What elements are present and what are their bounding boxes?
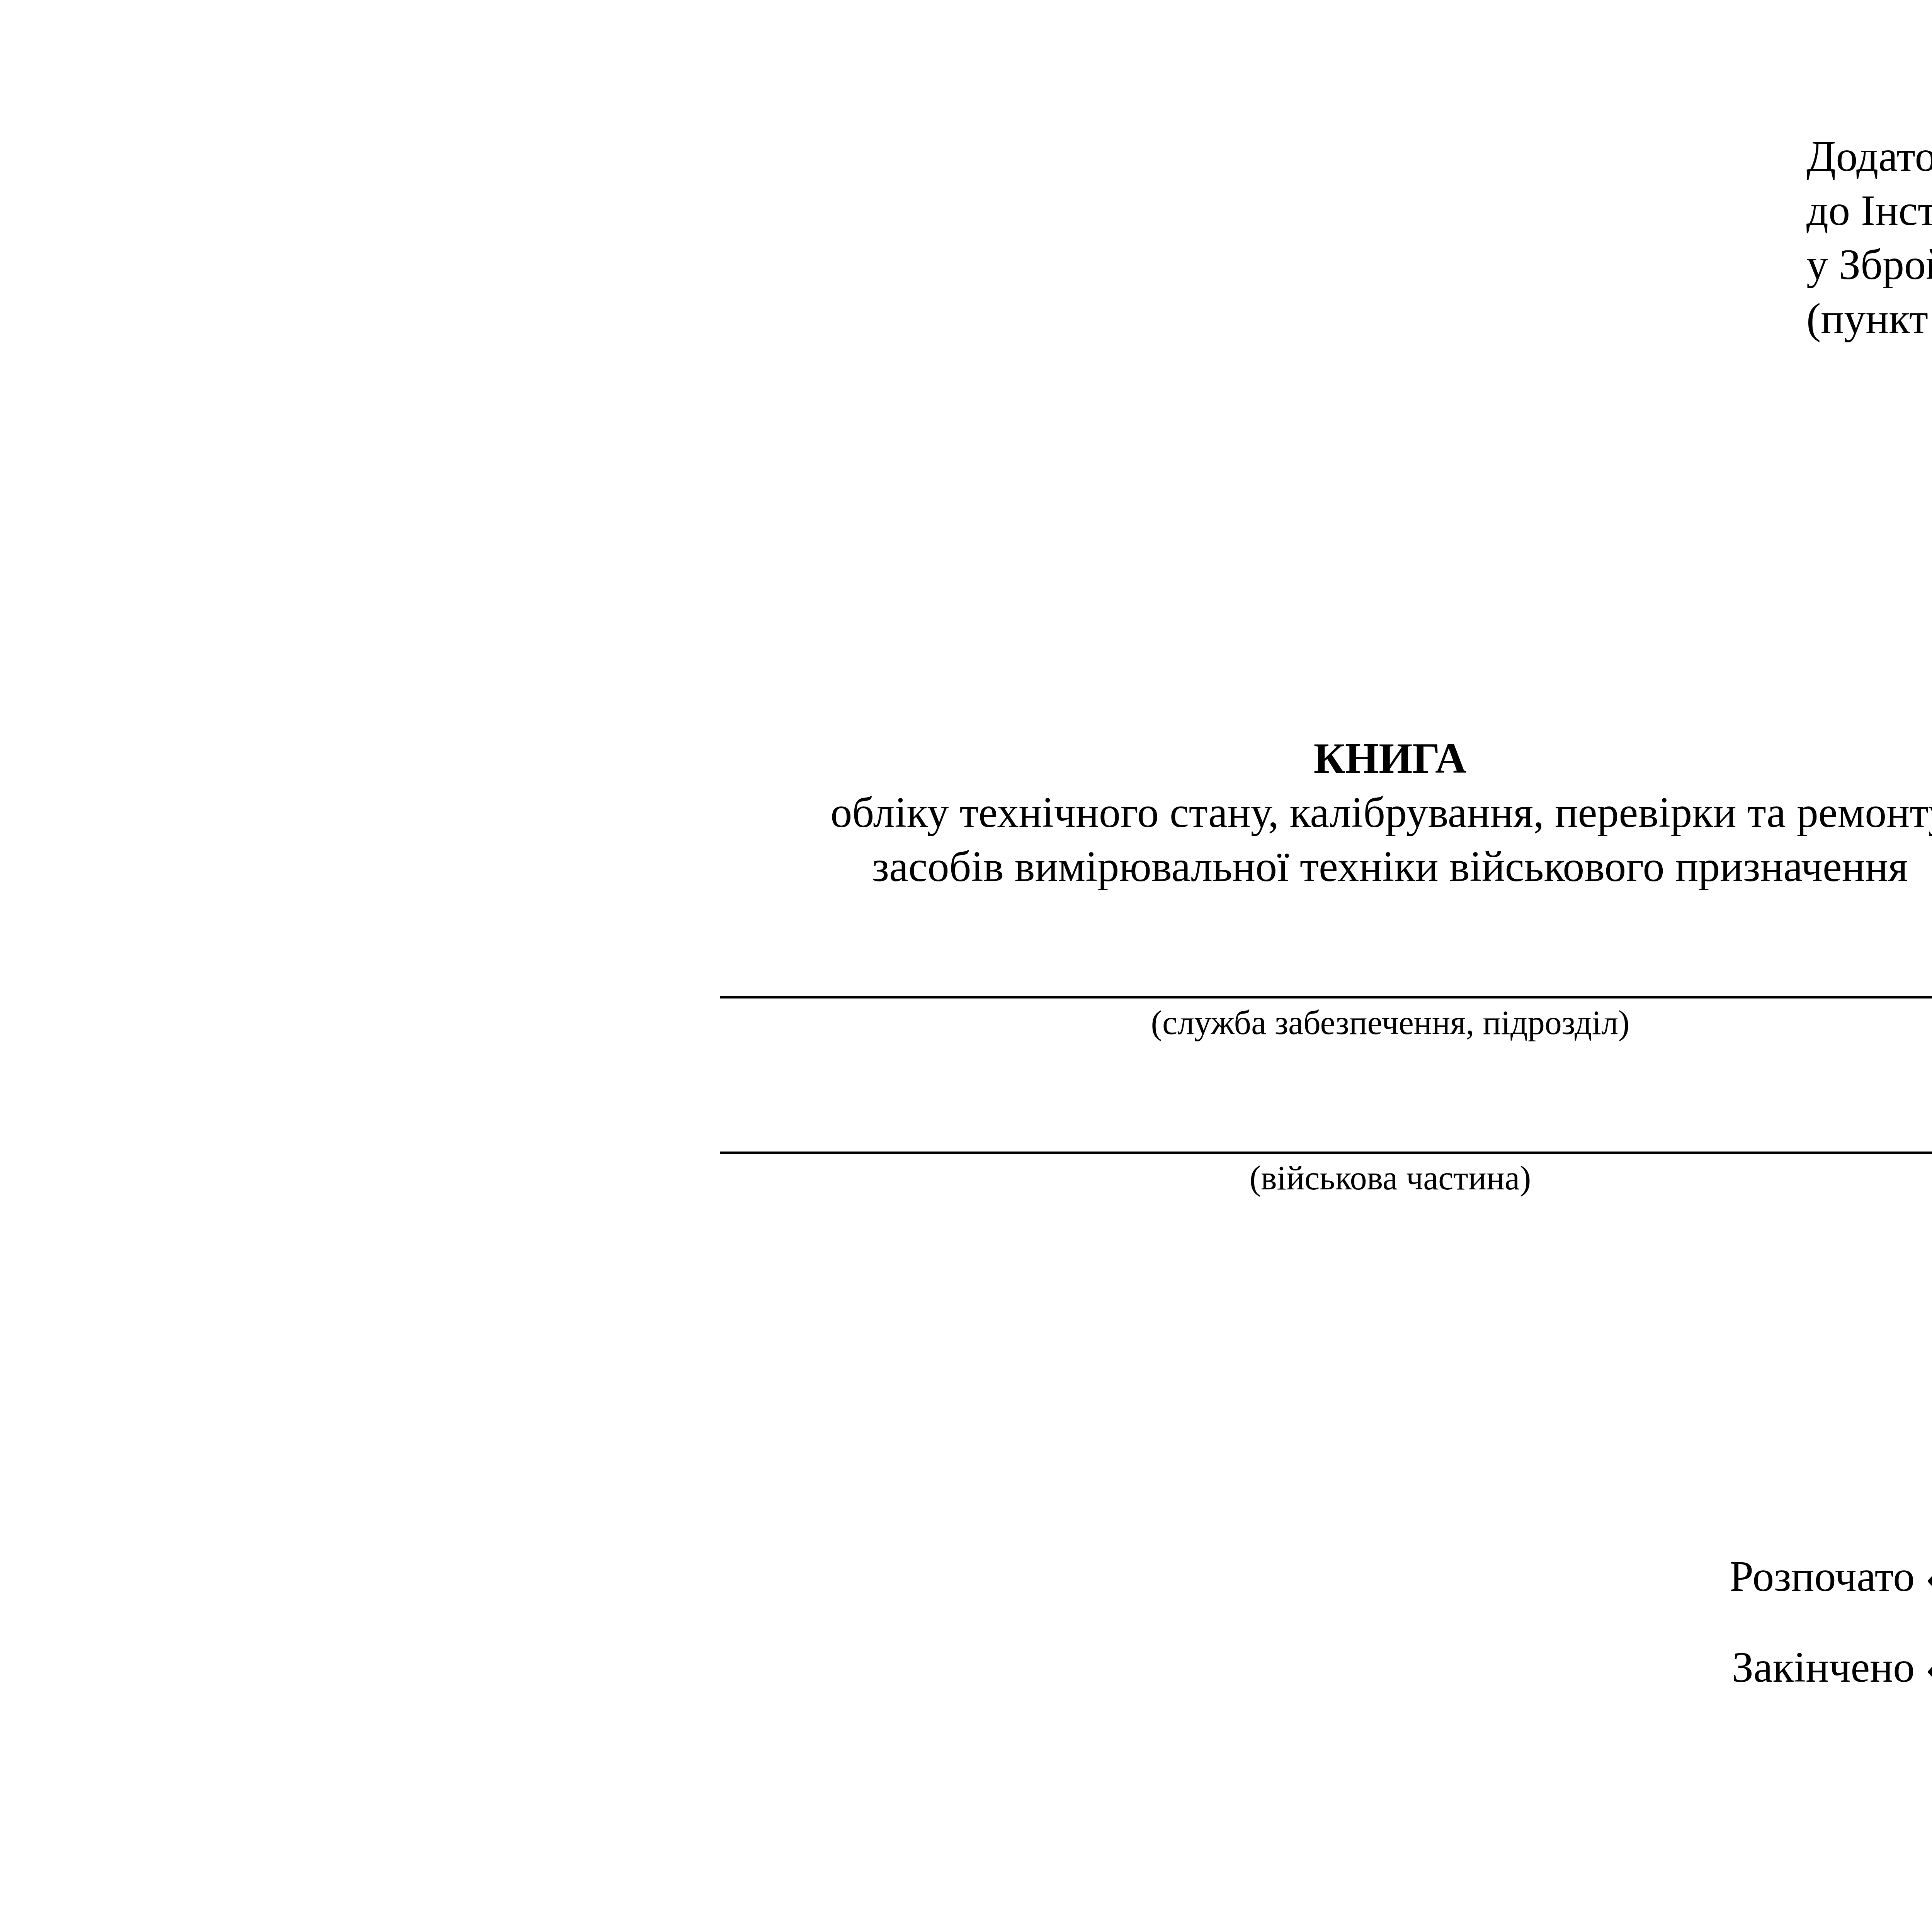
- document-subtitle-line-1: обліку технічного стану, калібрування, п…: [0, 786, 1932, 840]
- military-unit-field[interactable]: (військова частина): [720, 1152, 1932, 1198]
- appendix-reference-scope: у Збройних Силах України: [1806, 238, 1932, 292]
- service-unit-field[interactable]: (служба забезпечення, підрозділ): [720, 996, 1932, 1043]
- sheets-row: Наарк.: [1730, 1731, 1932, 1822]
- finished-label: Закінчено: [1732, 1643, 1915, 1691]
- dates-block: Розпочато«»20року Закінчено«»20року Наар…: [1730, 1550, 1932, 1822]
- appendix-reference: до Інструкції з обліку військового майна: [1806, 184, 1932, 238]
- document-title-block: КНИГА обліку технічного стану, калібрува…: [0, 731, 1932, 894]
- appendix-reference-clause: (пункт 14 розділу IV): [1806, 292, 1932, 346]
- finished-open-quote: «: [1925, 1643, 1932, 1691]
- service-unit-caption: (служба забезпечення, підрозділ): [720, 1004, 1932, 1043]
- military-unit-caption: (військова частина): [720, 1159, 1932, 1198]
- started-label: Розпочато: [1730, 1553, 1915, 1601]
- started-date-row: Розпочато«»20року: [1730, 1550, 1932, 1640]
- appendix-number: Додаток 19: [1806, 129, 1932, 184]
- document-title: КНИГА: [0, 731, 1932, 786]
- appendix-header: Додаток 19 до Інструкції з обліку військ…: [1806, 129, 1932, 346]
- document-subtitle-line-2: засобів вимірювальної техніки військовог…: [0, 840, 1932, 894]
- military-unit-blank-line[interactable]: [720, 1152, 1932, 1154]
- service-unit-blank-line[interactable]: [720, 996, 1932, 998]
- started-open-quote: «: [1925, 1553, 1932, 1601]
- finished-date-row: Закінчено«»20року: [1730, 1640, 1932, 1731]
